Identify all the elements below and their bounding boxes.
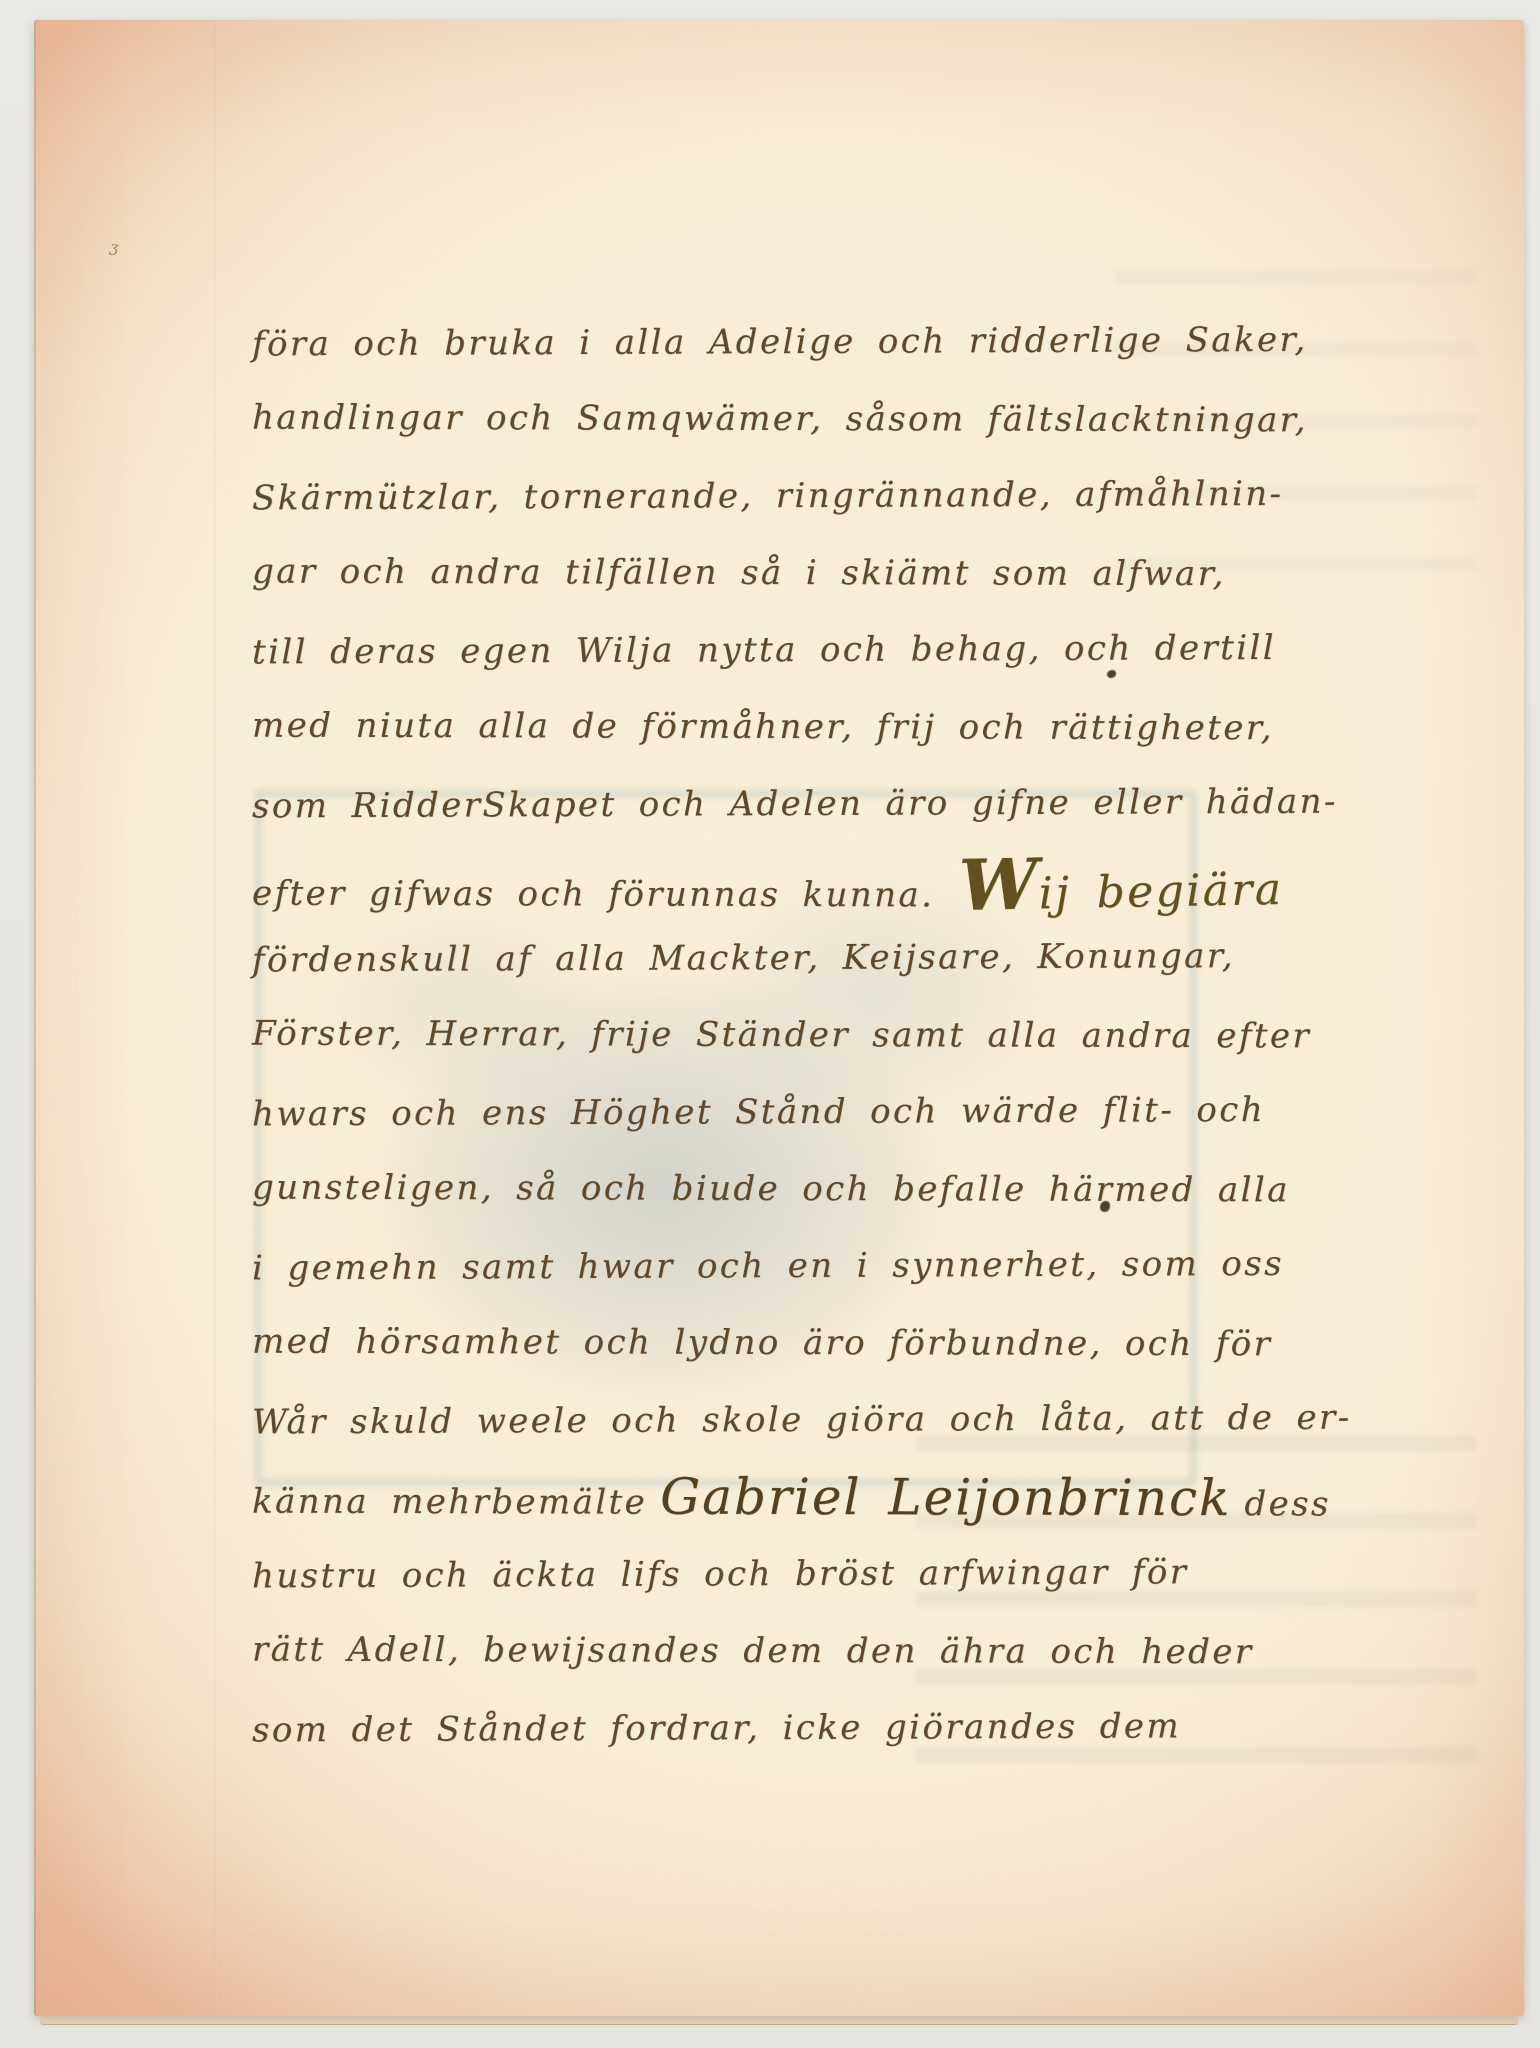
manuscript-line: som RidderSkapet och Adelen äro gifne el…: [252, 764, 1344, 846]
manuscript-line: föra och bruka i alla Adelige och ridder…: [252, 302, 1344, 384]
manuscript-line: Skärmützlar, tornerande, ringrännande, a…: [252, 456, 1344, 538]
manuscript-line: gunsteligen, så och biude och befalle hä…: [252, 1150, 1344, 1230]
manuscript-line: fördenskull af alla Mackter, Keijsare, K…: [252, 918, 1344, 1000]
line-text: känna mehrbemälte: [252, 1482, 647, 1523]
manuscript-line: gar och andra tilfällen så i skiämt som …: [252, 534, 1344, 614]
line-text: som RidderSkapet och Adelen äro gifne el…: [252, 782, 1338, 827]
name-highlight: Gabriel Leijonbrinck: [660, 1468, 1231, 1527]
line-text: med hörsamhet och lydno äro förbundne, o…: [252, 1322, 1272, 1365]
line-text: i gemehn samt hwar och en i synnerhet, s…: [252, 1244, 1284, 1289]
manuscript-line: som det Ståndet fordrar, icke giörandes …: [252, 1688, 1344, 1770]
manuscript-line: i gemehn samt hwar och en i synnerhet, s…: [252, 1226, 1344, 1308]
line-text: som det Ståndet fordrar, icke giörandes …: [252, 1706, 1181, 1750]
line-text: dess: [1244, 1484, 1330, 1524]
manuscript-line: handlingar och Samqwämer, såsom fältslac…: [252, 380, 1344, 460]
manuscript-line: med niuta alla de förmåhner, frij och rä…: [252, 688, 1344, 768]
manuscript-line: med hörsamhet och lydno äro förbundne, o…: [252, 1304, 1344, 1384]
manuscript-line: efter gifwas och förunnas kunna. Wij beg…: [252, 842, 1344, 922]
manuscript-line: hwars och ens Höghet Stånd och wärde fli…: [252, 1072, 1344, 1154]
line-text: gunsteligen, så och biude och befalle hä…: [252, 1168, 1290, 1211]
manuscript-line: hustru och äckta lifs och bröst arfwinga…: [252, 1534, 1344, 1616]
manuscript-line: Förster, Herrar, frije Ständer samt alla…: [252, 996, 1344, 1076]
text-block: föra och bruka i alla Adelige och ridder…: [252, 304, 1344, 1767]
line-text: till deras egen Wilja nytta och behag, o…: [252, 628, 1276, 672]
line-text: hwars och ens Höghet Stånd och wärde fli…: [252, 1090, 1265, 1134]
manuscript-line: rätt Adell, bewijsandes dem den ähra och…: [252, 1612, 1344, 1692]
manuscript-line: Wår skuld weele och skole giöra och låta…: [252, 1380, 1344, 1462]
line-text: fördenskull af alla Mackter, Keijsare, K…: [252, 936, 1235, 980]
paper-crease: [214, 20, 217, 2016]
line-text: efter gifwas och förunnas kunna.: [252, 874, 934, 916]
line-text: Förster, Herrar, frije Ständer samt alla…: [252, 1014, 1311, 1057]
line-text: rätt Adell, bewijsandes dem den ähra och…: [252, 1630, 1254, 1673]
line-text: med niuta alla de förmåhner, frij och rä…: [252, 706, 1274, 749]
manuscript-line: till deras egen Wilja nytta och behag, o…: [252, 610, 1344, 692]
line-text: hustru och äckta lifs och bröst arfwinga…: [252, 1552, 1189, 1596]
line-text: Wår skuld weele och skole giöra och låta…: [252, 1398, 1352, 1443]
line-text: handlingar och Samqwämer, såsom fältslac…: [252, 398, 1308, 441]
line-text: föra och bruka i alla Adelige och ridder…: [252, 320, 1308, 365]
line-text: Skärmützlar, tornerande, ringrännande, a…: [252, 474, 1284, 518]
manuscript-page: ʒ föra och bruka i alla Adelige och ridd…: [34, 20, 1524, 2016]
manuscript-line: känna mehrbemälte Gabriel Leijonbrinck d…: [252, 1458, 1344, 1538]
ink-speck: ʒ: [109, 237, 120, 256]
line-text: gar och andra tilfällen så i skiämt som …: [252, 552, 1226, 595]
